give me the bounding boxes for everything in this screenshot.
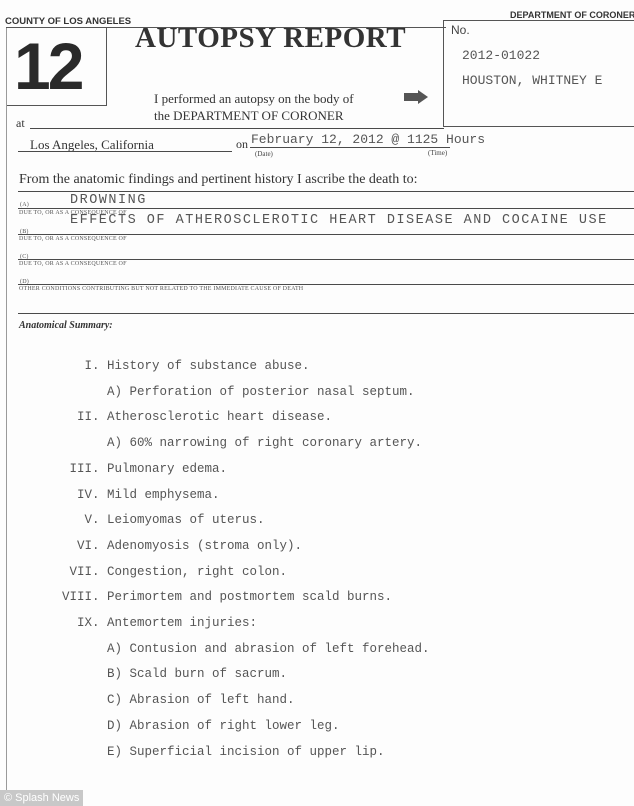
summary-item: A) Perforation of posterior nasal septum… <box>62 385 415 399</box>
cause-a-line <box>18 208 634 209</box>
summary-item: V. Leiomyomas of uterus. <box>62 513 265 527</box>
summary-item: A) 60% narrowing of right coronary arter… <box>62 436 422 450</box>
summary-item: IX. Antemortem injuries: <box>62 616 257 630</box>
report-title: AUTOPSY REPORT <box>135 22 406 55</box>
left-border <box>6 27 7 806</box>
cause-b-value: EFFECTS OF ATHEROSCLEROTIC HEART DISEASE… <box>70 213 608 228</box>
summary-item: A) Contusion and abrasion of left forehe… <box>62 642 430 656</box>
department-label: DEPARTMENT OF CORONER <box>510 10 634 20</box>
summary-item: VII. Congestion, right colon. <box>62 565 287 579</box>
decedent-name: HOUSTON, WHITNEY E <box>462 73 602 88</box>
summary-item: C) Abrasion of left hand. <box>62 693 295 707</box>
anatomical-summary-title: Anatomical Summary: <box>19 320 113 331</box>
ascribe-underline <box>18 191 634 192</box>
summary-item: III. Pulmonary edema. <box>62 462 227 476</box>
cause-a-value: DROWNING <box>70 193 147 208</box>
form-number: 12 <box>14 30 81 102</box>
summary-item: B) Scald burn of sacrum. <box>62 667 287 681</box>
cause-c-line <box>18 259 634 260</box>
time-caption: (Time) <box>428 149 447 157</box>
summary-item: IV. Mild emphysema. <box>62 488 220 502</box>
at-label: at <box>16 116 25 131</box>
date-underline <box>250 147 450 148</box>
summary-item: E) Superficial incision of upper lip. <box>62 745 385 759</box>
cause-c-due-to: DUE TO, OR AS A CONSEQUENCE OF <box>19 261 127 267</box>
right-arrow-icon <box>404 90 428 104</box>
summary-item: I. History of substance abuse. <box>62 359 310 373</box>
summary-item: D) Abrasion of right lower leg. <box>62 719 340 733</box>
statement-line-1: I performed an autopsy on the body of <box>154 91 354 107</box>
case-number: 2012-01022 <box>462 48 540 63</box>
watermark: © Splash News <box>0 790 83 806</box>
other-conditions-label: OTHER CONDITIONS CONTRIBUTING BUT NOT RE… <box>19 286 303 292</box>
ascribe-statement: From the anatomic findings and pertinent… <box>19 172 418 188</box>
date-caption: (Date) <box>255 150 273 158</box>
statement-line-2: the DEPARTMENT OF CORONER <box>154 108 344 124</box>
summary-item: VI. Adenomyosis (stroma only). <box>62 539 302 553</box>
cause-b-due-to: DUE TO, OR AS A CONSEQUENCE OF <box>19 236 127 242</box>
place-underline <box>18 151 232 152</box>
at-underline <box>30 128 444 129</box>
on-label: on <box>236 137 248 152</box>
county-label: COUNTY OF LOS ANGELES <box>5 16 131 27</box>
summary-item: VIII. Perimortem and postmortem scald bu… <box>62 590 392 604</box>
date-time-value: February 12, 2012 @ 1125 Hours <box>251 132 485 147</box>
cause-b-line <box>18 234 634 235</box>
other-conditions-line <box>18 313 634 314</box>
cause-d-line <box>18 284 634 285</box>
case-no-label: No. <box>451 23 470 37</box>
summary-item: II. Atherosclerotic heart disease. <box>62 410 332 424</box>
